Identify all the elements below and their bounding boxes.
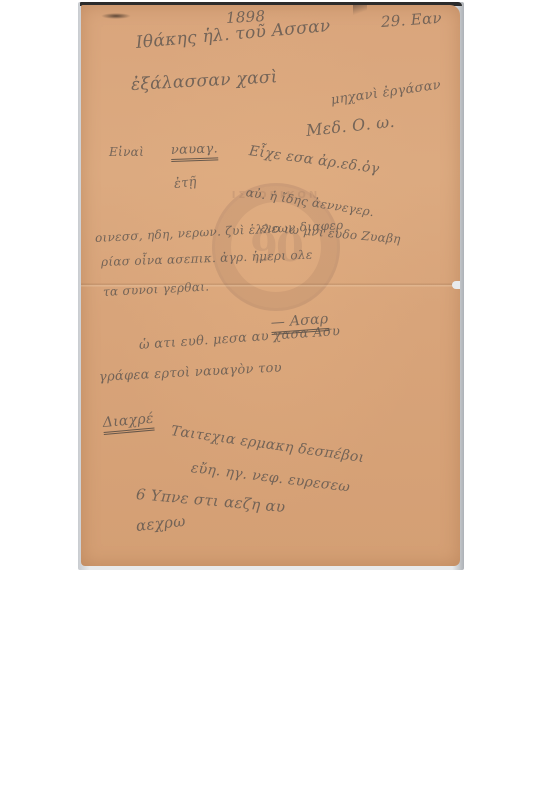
handwritten-line-l14: 6 Υπνε στι αεζη αυ bbox=[135, 485, 286, 516]
paper-tear bbox=[353, 5, 367, 15]
handwritten-line-l4a: Εἰναὶ bbox=[109, 145, 144, 159]
handwritten-line-l12a: Διαχρέ bbox=[102, 411, 155, 435]
ink-smudge bbox=[101, 13, 131, 19]
handwritten-line-l12b: Ταιτεχια ερμακη δεσπέβοι bbox=[170, 423, 365, 466]
handwritten-line-l5a: ἐτῇ bbox=[173, 175, 197, 192]
handwritten-line-l13: εὔη. ηγ. νεφ. ευρεσεω bbox=[190, 460, 351, 495]
handwritten-line-date: 29. Εαν bbox=[380, 9, 442, 31]
handwritten-line-l11: γράφεα ερτοὶ ναυαγὸν του bbox=[99, 360, 283, 385]
handwritten-line-l10: ὡ ατι ευθ. μεσα αυ χασα Ασυ bbox=[138, 324, 340, 353]
handwritten-line-l2b: μηχανὶ ἐργάσαν bbox=[330, 78, 442, 108]
handwritten-line-l2: ἐξάλασσαν χασὶ bbox=[130, 67, 278, 95]
handwritten-line-l4b: ναυαγ. bbox=[171, 141, 219, 162]
handwritten-line-l4c: Εἶχε εσα ἀρ.εδ.ὀγ bbox=[248, 143, 381, 177]
fold-notch bbox=[452, 281, 460, 289]
letter-page: ΙΣΤΟΡΙΚΟΝ 90 189829. ΕανΙθάκης ἡλ. τοῦ Α… bbox=[81, 5, 460, 566]
handwritten-line-l3: Μεδ. Ο. ω. bbox=[305, 112, 396, 140]
handwritten-line-l15: αεχρω bbox=[135, 512, 186, 535]
